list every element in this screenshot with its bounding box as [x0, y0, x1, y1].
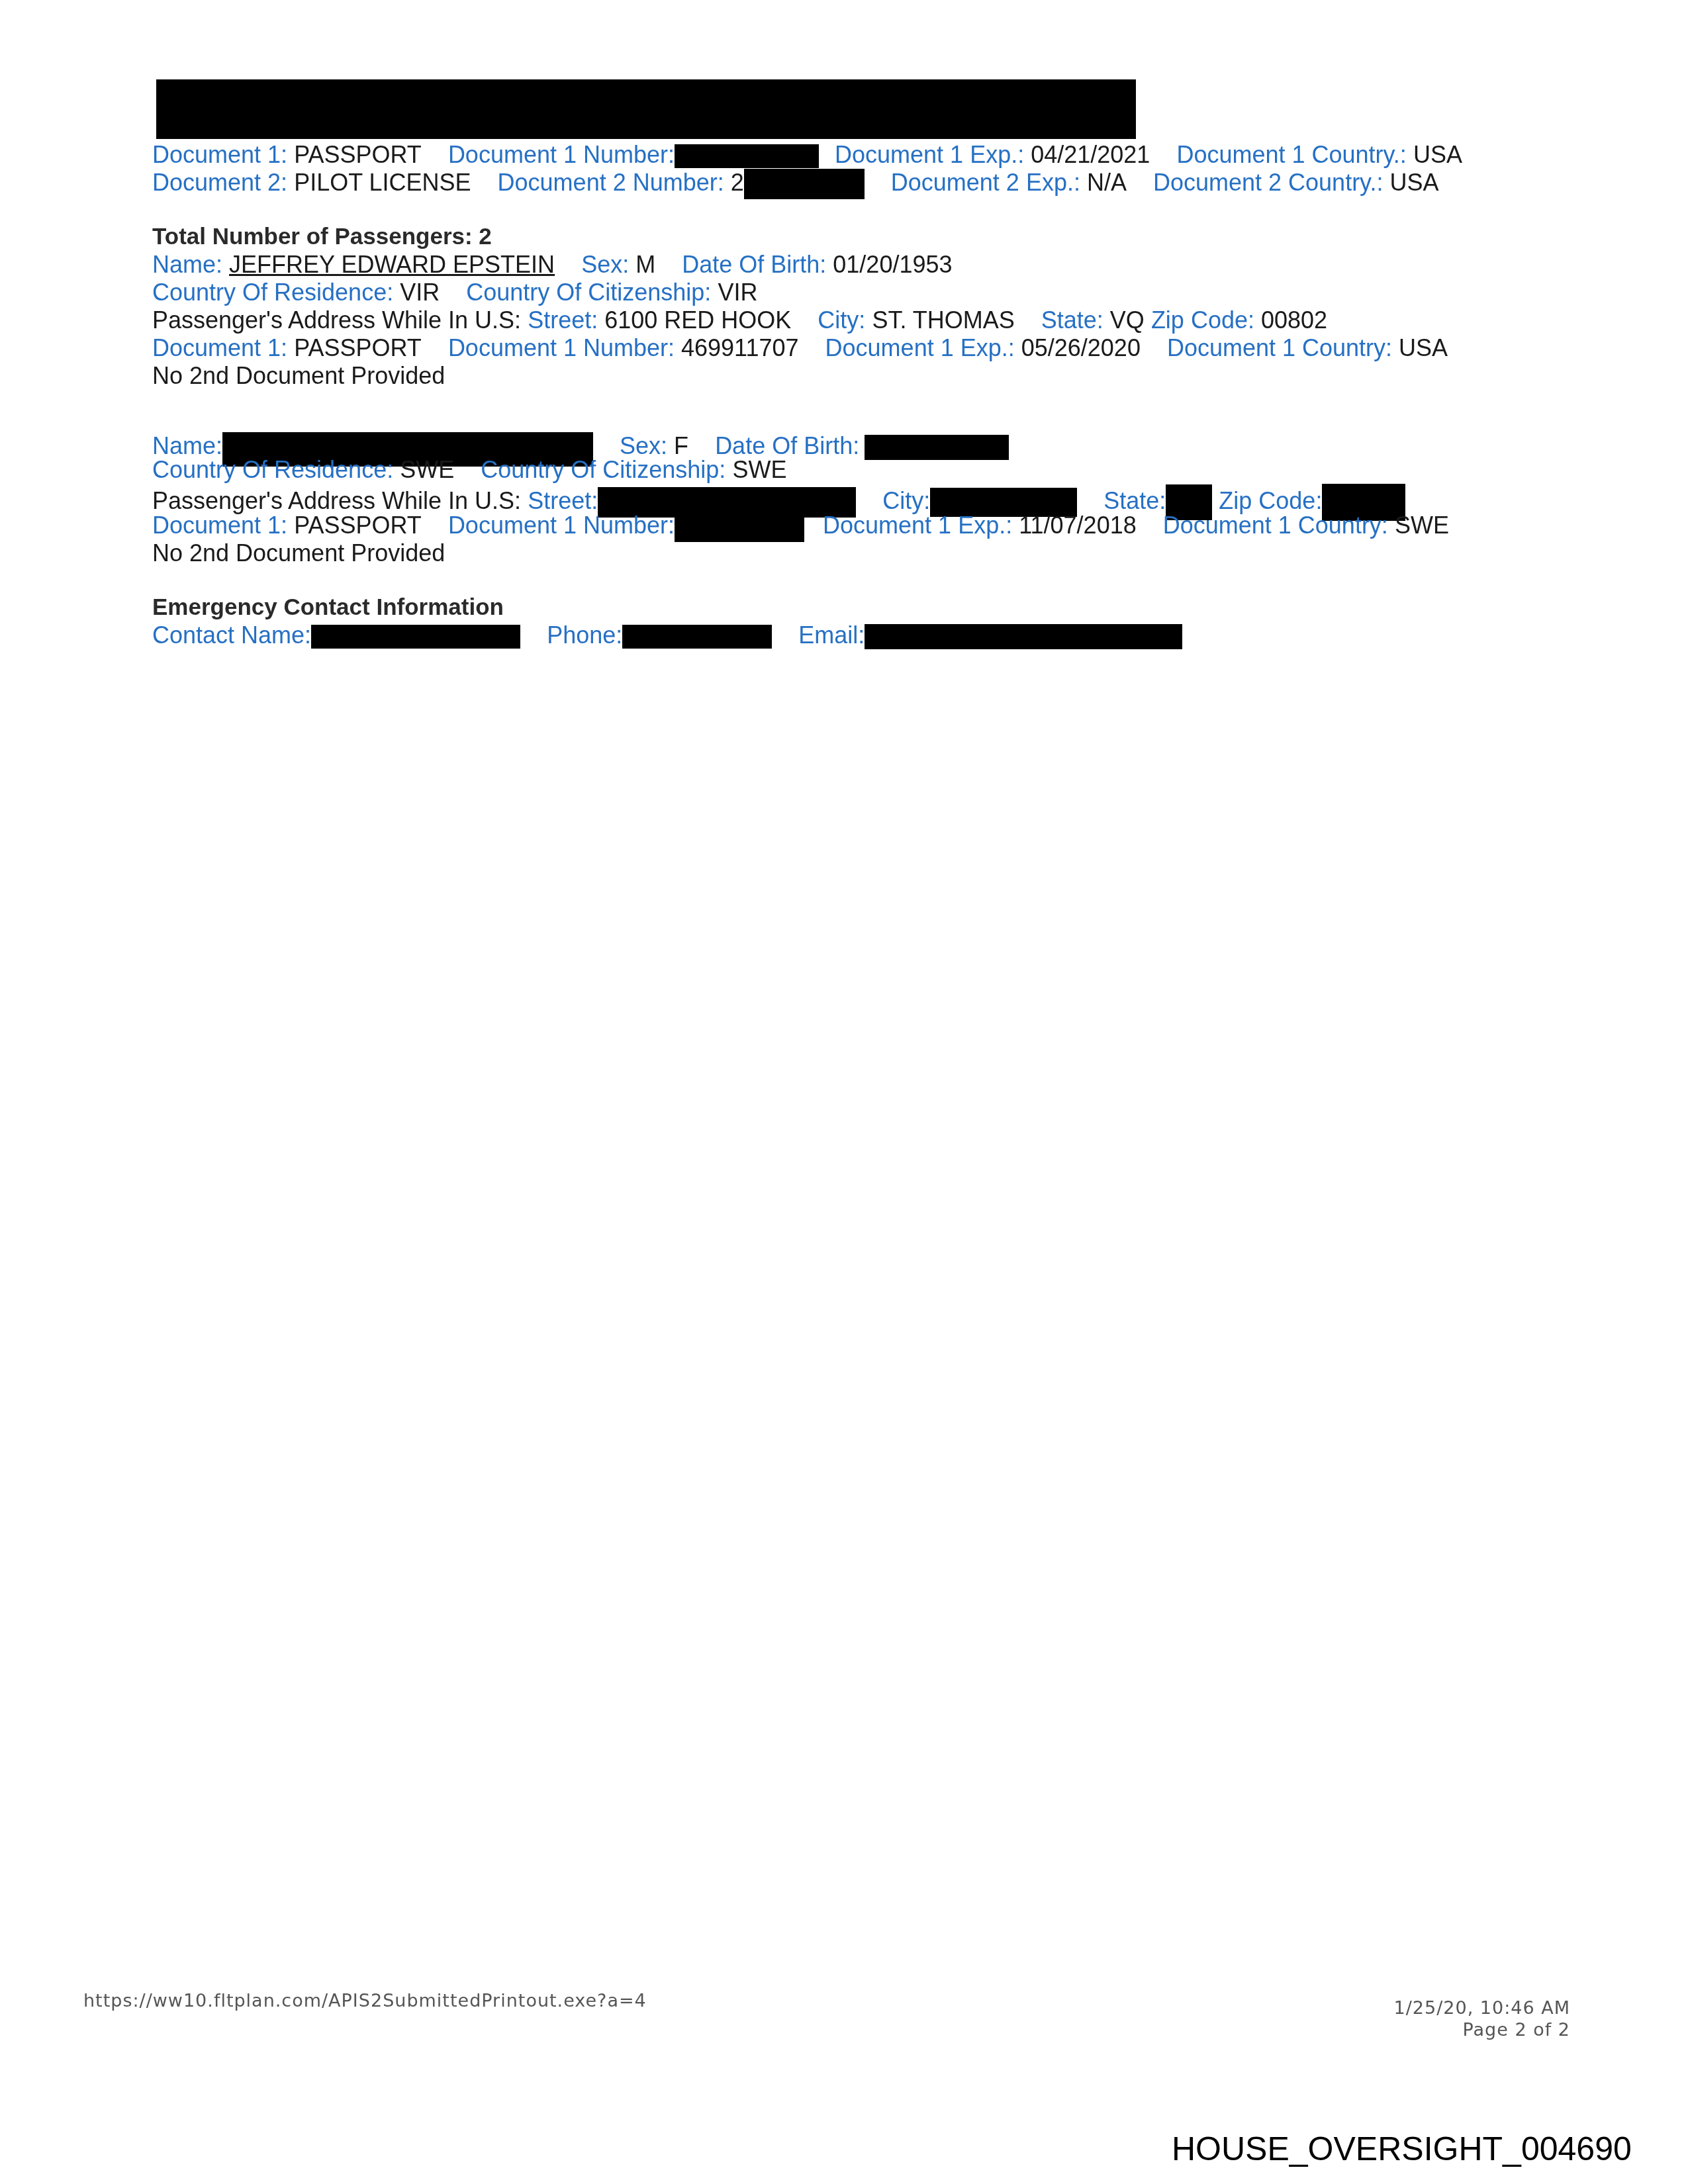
address-label: Passenger's Address While In U.S:	[152, 306, 521, 334]
sex-value: F	[674, 432, 688, 459]
passenger-1-name-line: Name: JEFFREY EDWARD EPSTEIN Sex: M Date…	[152, 251, 953, 279]
redaction-email	[865, 624, 1182, 649]
name-label: Name:	[152, 251, 222, 278]
redaction-doc1-number	[675, 512, 804, 542]
residence-value: VIR	[400, 279, 440, 306]
doc2-label: Document 2:	[152, 169, 287, 196]
city-label: City:	[882, 487, 930, 514]
sex-value: M	[635, 251, 655, 278]
city-value: ST. THOMAS	[872, 306, 1014, 334]
city-label: City:	[818, 306, 865, 334]
doc1-label: Document 1:	[152, 334, 287, 361]
crew-doc2-line: Document 2: PILOT LICENSE Document 2 Num…	[152, 169, 1439, 199]
dob-label: Date Of Birth:	[715, 432, 859, 459]
emergency-contact-line: Contact Name: Phone: Email:	[152, 621, 1182, 649]
doc1-country-value: USA	[1413, 141, 1462, 168]
name-label: Name:	[152, 432, 222, 459]
email-label: Email:	[798, 621, 865, 649]
residence-label: Country Of Residence:	[152, 279, 393, 306]
document-page: Document 1: PASSPORT Document 1 Number: …	[0, 0, 1688, 2184]
passenger-1-doc-line: Document 1: PASSPORT Document 1 Number: …	[152, 334, 1448, 362]
citizenship-value: SWE	[732, 456, 786, 483]
doc1-country-label: Document 1 Country:	[1163, 512, 1388, 539]
doc1-country-value: SWE	[1395, 512, 1449, 539]
passenger-name: JEFFREY EDWARD EPSTEIN	[229, 251, 555, 278]
doc2-value: PILOT LICENSE	[294, 169, 471, 196]
doc2-exp-label: Document 2 Exp.:	[891, 169, 1080, 196]
state-label: State:	[1103, 487, 1166, 514]
doc2-number-label: Document 2 Number:	[498, 169, 724, 196]
doc1-country-value: USA	[1399, 334, 1448, 361]
doc1-exp-label: Document 1 Exp.:	[823, 512, 1012, 539]
zip-value: 00802	[1261, 306, 1327, 334]
emergency-heading: Emergency Contact Information	[152, 594, 504, 621]
state-label: State:	[1041, 306, 1103, 334]
doc1-exp-value: 05/26/2020	[1021, 334, 1141, 361]
doc2-exp-value: N/A	[1087, 169, 1127, 196]
doc1-label: Document 1:	[152, 512, 287, 539]
residence-label: Country Of Residence:	[152, 456, 393, 483]
passenger-1-address-line: Passenger's Address While In U.S: Street…	[152, 306, 1327, 334]
dob-label: Date Of Birth:	[682, 251, 826, 278]
contact-name-label: Contact Name:	[152, 621, 311, 649]
doc1-number-value: 469911707	[681, 334, 799, 361]
doc1-country-label: Document 1 Country.:	[1176, 141, 1406, 168]
zip-label: Zip Code:	[1219, 487, 1322, 514]
footer-right: 1/25/20, 10:46 AM Page 2 of 2	[1394, 1997, 1570, 2041]
passenger-2-doc-line: Document 1: PASSPORT Document 1 Number: …	[152, 512, 1449, 542]
footer-page-number: Page 2 of 2	[1394, 2019, 1570, 2041]
sex-label: Sex:	[620, 432, 667, 459]
passenger-1-country-line: Country Of Residence: VIR Country Of Cit…	[152, 279, 757, 306]
citizenship-label: Country Of Citizenship:	[481, 456, 726, 483]
redaction-header-block	[156, 79, 1136, 139]
doc1-value: PASSPORT	[294, 512, 422, 539]
crew-doc1-line: Document 1: PASSPORT Document 1 Number: …	[152, 141, 1462, 169]
doc1-exp-value: 11/07/2018	[1019, 512, 1137, 539]
doc1-value: PASSPORT	[294, 141, 422, 168]
redaction-dob	[865, 435, 1009, 460]
passenger-1-no-second-doc: No 2nd Document Provided	[152, 362, 445, 390]
doc1-number-label: Document 1 Number:	[448, 512, 675, 539]
passenger-2-no-second-doc: No 2nd Document Provided	[152, 539, 445, 567]
citizenship-label: Country Of Citizenship:	[466, 279, 711, 306]
bates-number: HOUSE_OVERSIGHT_004690	[1172, 2130, 1632, 2168]
redaction-doc1-number	[675, 144, 819, 168]
redaction-contact-name	[311, 625, 520, 649]
street-label: Street:	[528, 306, 598, 334]
footer-url: https://ww10.fltplan.com/APIS2SubmittedP…	[83, 1991, 647, 2011]
passenger-2-country-line: Country Of Residence: SWE Country Of Cit…	[152, 456, 786, 484]
passengers-heading: Total Number of Passengers: 2	[152, 223, 492, 251]
address-label: Passenger's Address While In U.S:	[152, 487, 521, 514]
doc1-exp-label: Document 1 Exp.:	[835, 141, 1024, 168]
sex-label: Sex:	[581, 251, 629, 278]
street-label: Street:	[528, 487, 598, 514]
zip-label: Zip Code:	[1151, 306, 1254, 334]
footer-timestamp: 1/25/20, 10:46 AM	[1394, 1997, 1570, 2019]
phone-label: Phone:	[547, 621, 622, 649]
redaction-doc2-number	[744, 169, 865, 199]
doc1-number-label: Document 1 Number:	[448, 141, 675, 168]
doc1-exp-label: Document 1 Exp.:	[825, 334, 1015, 361]
state-value: VQ	[1110, 306, 1145, 334]
doc2-country-value: USA	[1389, 169, 1438, 196]
dob-value: 01/20/1953	[833, 251, 952, 278]
doc1-country-label: Document 1 Country:	[1167, 334, 1392, 361]
redaction-phone	[622, 625, 772, 649]
doc1-exp-value: 04/21/2021	[1031, 141, 1150, 168]
doc2-country-label: Document 2 Country.:	[1153, 169, 1383, 196]
doc2-number-prefix: 2	[731, 169, 744, 196]
doc1-value: PASSPORT	[294, 334, 422, 361]
citizenship-value: VIR	[718, 279, 757, 306]
residence-value: SWE	[400, 456, 454, 483]
doc1-number-label: Document 1 Number:	[448, 334, 675, 361]
street-value: 6100 RED HOOK	[604, 306, 791, 334]
doc1-label: Document 1:	[152, 141, 287, 168]
